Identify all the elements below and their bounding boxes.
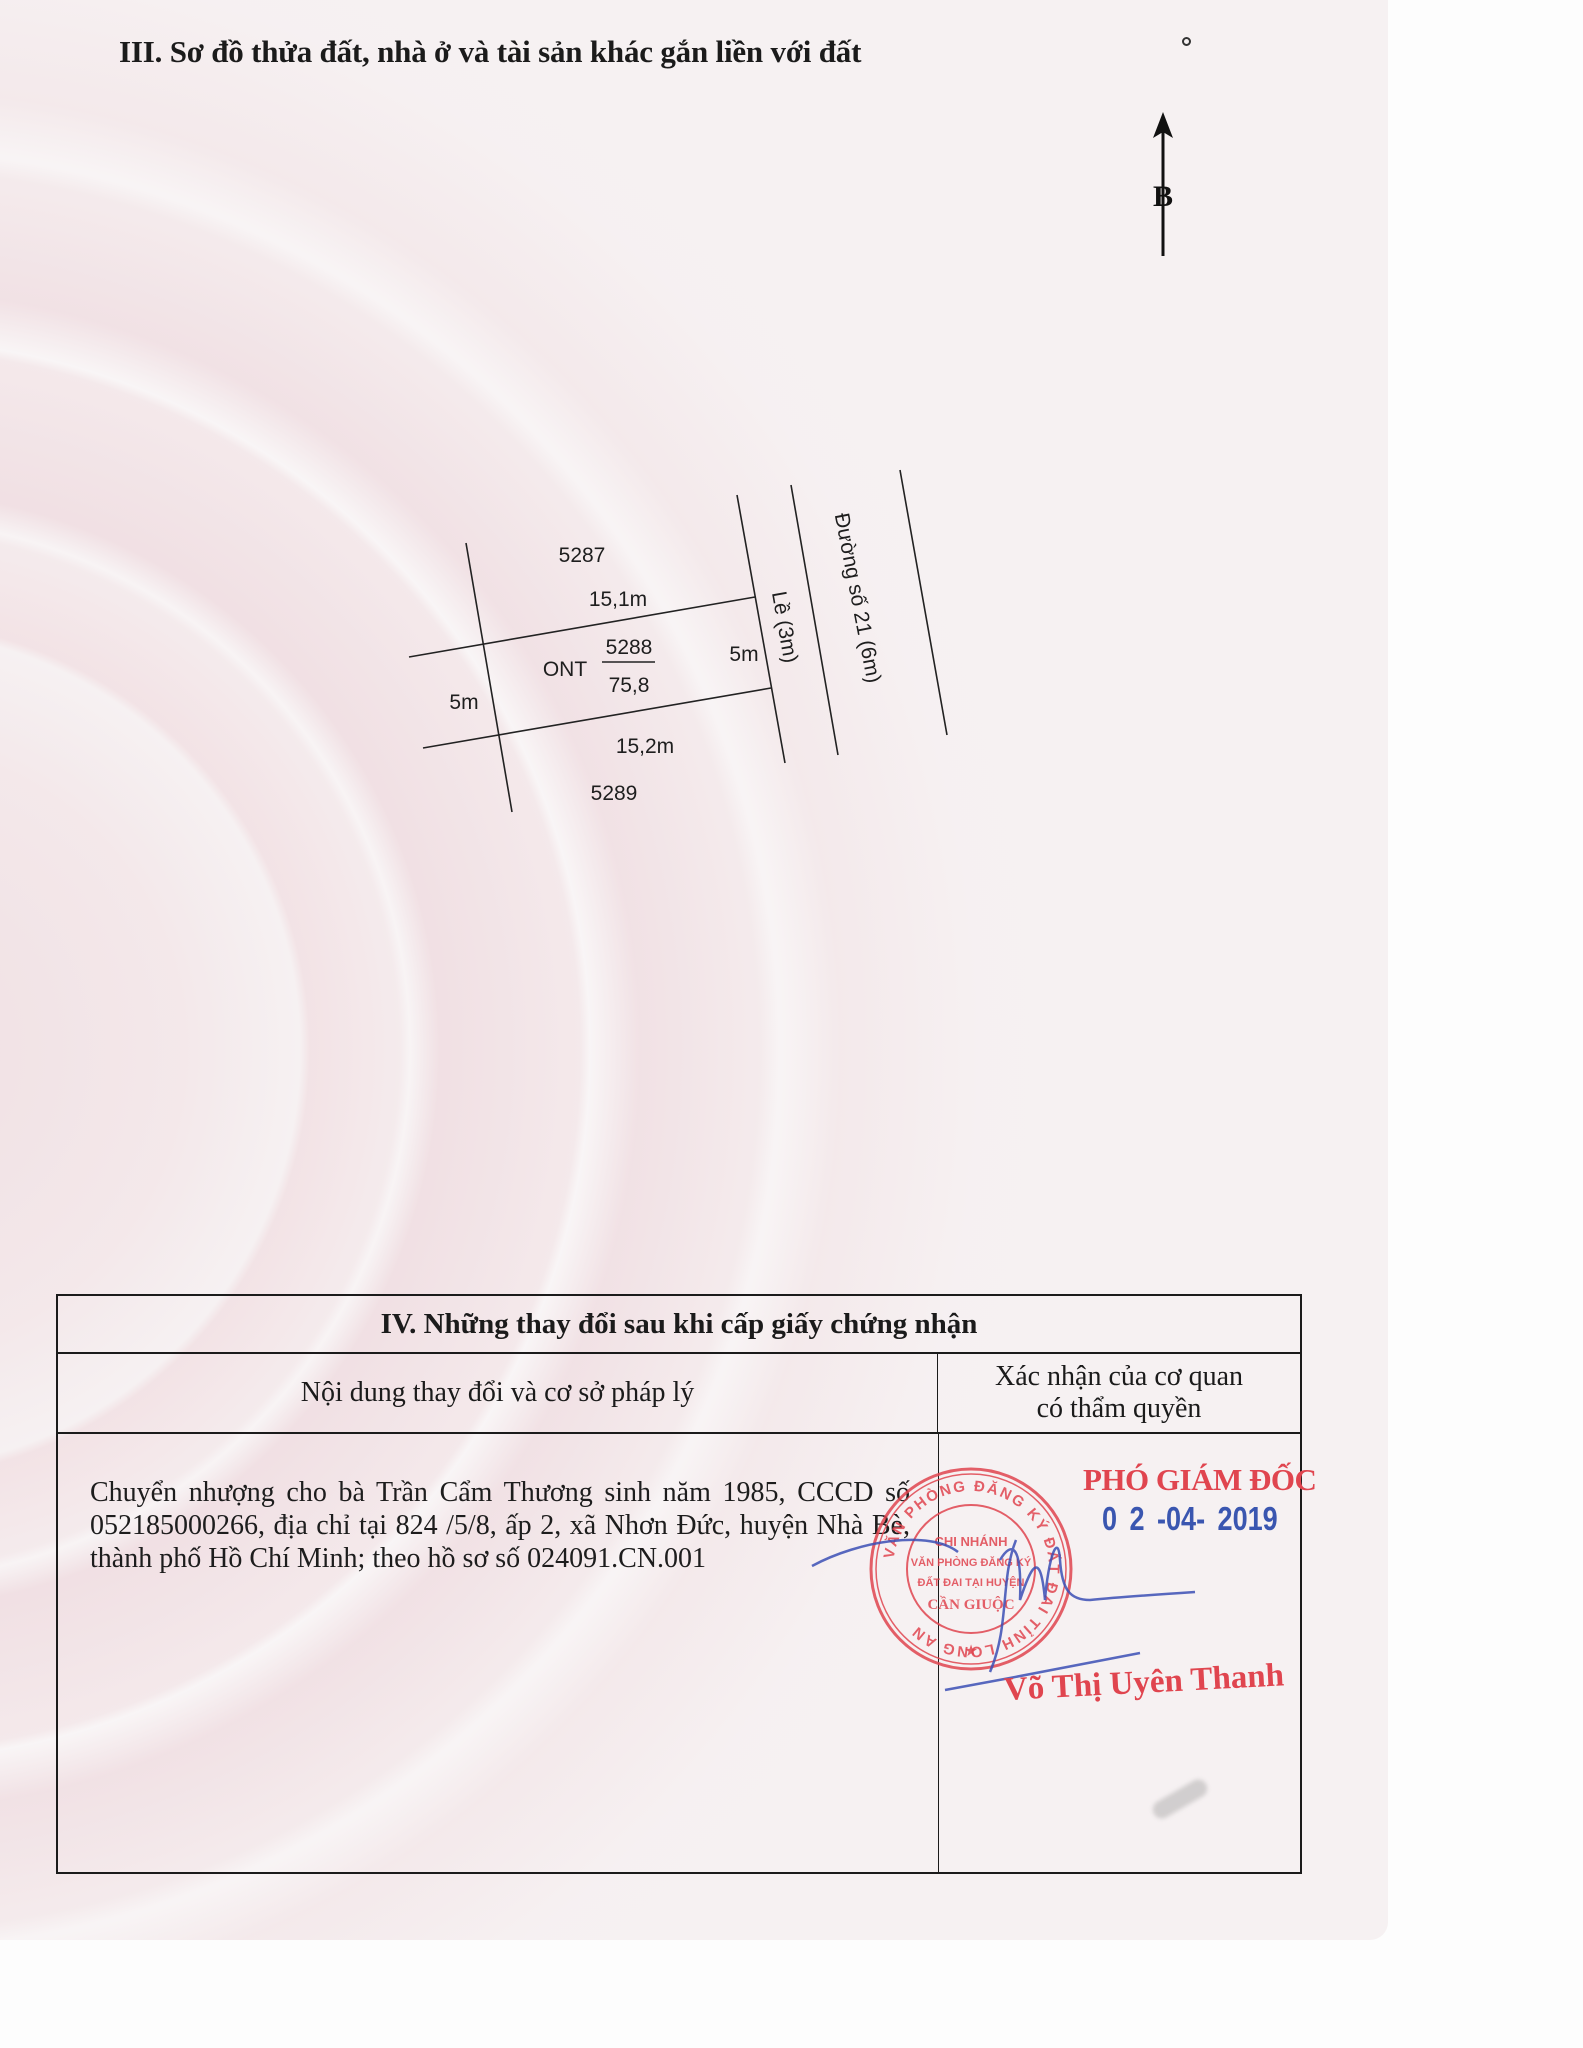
signature (0, 0, 1388, 1940)
certificate-page: III. Sơ đồ thửa đất, nhà ở và tài sản kh… (0, 0, 1388, 1940)
